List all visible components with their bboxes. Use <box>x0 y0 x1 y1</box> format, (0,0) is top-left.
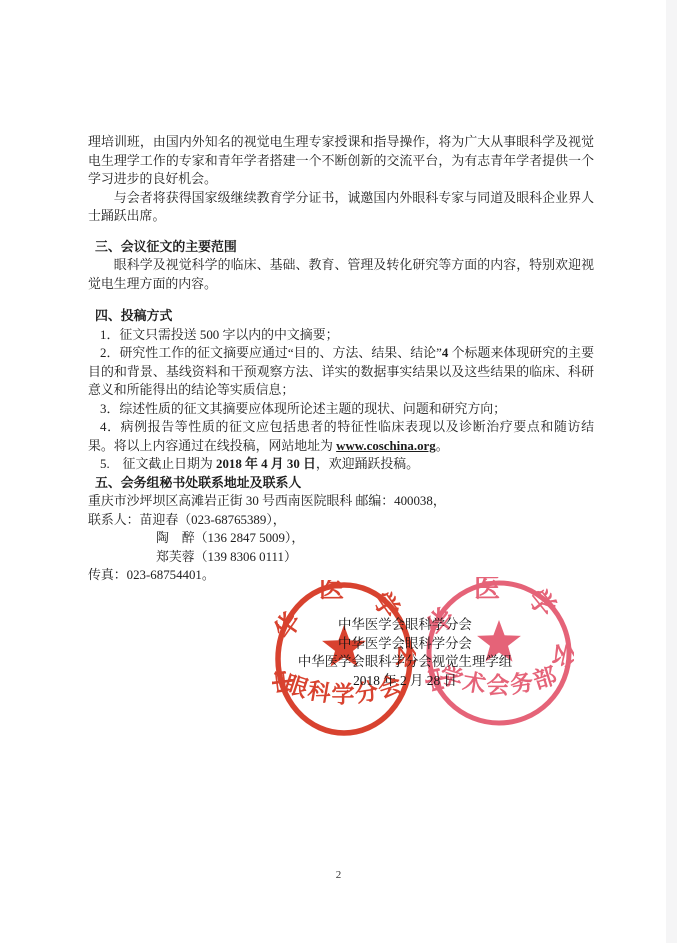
submission-item-4: 4．病例报告等性质的征文应包括患者的特征性临床表现以及诊断治疗要点和随访结果。将… <box>88 418 594 455</box>
section-heading-submission: 四、投稿方式 <box>88 307 594 326</box>
page-number: 2 <box>0 869 677 881</box>
contact-line-3: 郑芙蓉（139 8306 0111） <box>88 548 594 567</box>
submission-item-2: 2．研究性工作的征文摘要应通过“目的、方法、结果、结论”4 个标题来体现研究的主… <box>88 344 594 400</box>
scope-paragraph: 眼科学及视觉科学的临床、基础、教育、管理及转化研究等方面的内容，特别欢迎视觉电生… <box>88 256 594 293</box>
address-line: 重庆市沙坪坝区高滩岩正街 30 号西南医院眼科 邮编：400038， <box>88 492 594 511</box>
signature-line-1: 中华医学会眼科学分会 <box>180 616 630 635</box>
section-heading-contact: 五、会务组秘书处联系地址及联系人 <box>88 474 594 493</box>
signature-line-2: 中华医学会眼科学分会 <box>180 635 630 654</box>
signature-date-line: 2018 年 2 月 28 日 <box>180 672 630 691</box>
signature-block: 中华医学会眼科学分会 中华医学会眼科学分会 中华医学会眼科学分会视觉生理学组 2… <box>180 616 630 690</box>
contact-line-1: 联系人：苗迎春（023-68765389）， <box>88 511 594 530</box>
submission-item-5: 5. 征文截止日期为 2018 年 4 月 30 日，欢迎踊跃投稿。 <box>88 455 594 474</box>
section-heading-scope: 三、会议征文的主要范围 <box>88 238 594 257</box>
document-page: 理培训班，由国内外知名的视觉电生理专家授课和指导操作，将为广大从事眼科学及视觉电… <box>0 0 677 943</box>
document-body: 理培训班，由国内外知名的视觉电生理专家授课和指导操作，将为广大从事眼科学及视觉电… <box>88 133 594 585</box>
continuation-paragraph: 理培训班，由国内外知名的视觉电生理专家授课和指导操作，将为广大从事眼科学及视觉电… <box>88 133 594 189</box>
submission-item-3: 3．综述性质的征文其摘要应体现所论述主题的现状、问题和研究方向； <box>88 400 594 419</box>
contact-line-2: 陶 醉（136 2847 5009）， <box>88 529 594 548</box>
signature-line-3: 中华医学会眼科学分会视觉生理学组 <box>180 653 630 672</box>
submission-item-1: 1．征文只需投送 500 字以内的中文摘要； <box>88 326 594 345</box>
attendance-paragraph: 与会者将获得国家级继续教育学分证书，诚邀国内外眼科专家与同道及眼科企业界人士踊跃… <box>88 189 594 226</box>
page-edge-shadow <box>666 0 677 943</box>
